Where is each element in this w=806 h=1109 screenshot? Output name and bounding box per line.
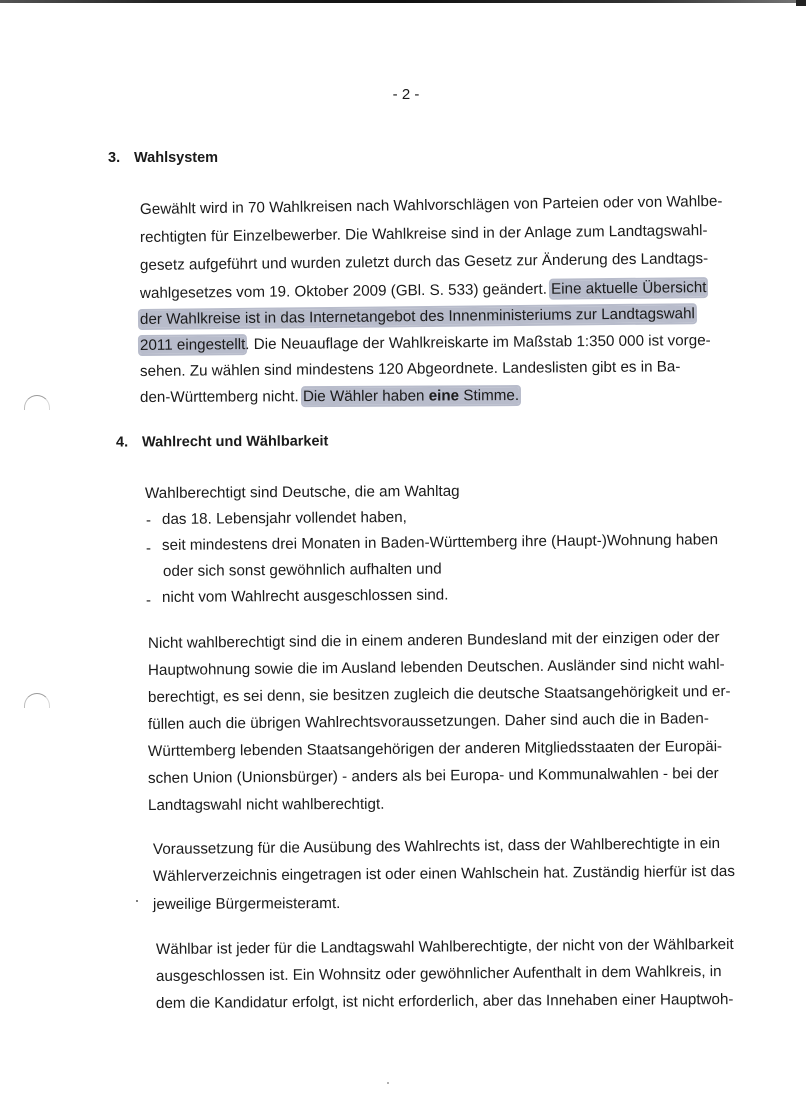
text-line: Wählbar ist jeder für die Landtagswahl W…: [156, 935, 734, 960]
section-title: Wahlsystem: [134, 150, 218, 166]
list-intro: Wahlberechtigt sind Deutsche, die am Wah…: [145, 482, 460, 504]
highlight-part: Die Wähler haben: [303, 387, 429, 405]
bullet-marker: -: [146, 592, 151, 609]
text-line: sehen. Zu wählen sind mindestens 120 Abg…: [140, 357, 681, 382]
text-plain: wahlgesetzes vom 19. Oktober 2009 (GBl. …: [140, 281, 551, 302]
scan-speck: [136, 900, 138, 902]
text-line: 2011 eingestellt. Die Neuauflage der Wah…: [140, 331, 711, 356]
list-item: das 18. Lebensjahr vollendet haben,: [162, 508, 407, 530]
highlighted-text: Eine aktuelle Übersicht: [551, 279, 707, 298]
text-line: der Wahlkreise ist in das Internetangebo…: [140, 304, 695, 330]
text-line: rechtigten für Einzelbewerber. Die Wahlk…: [140, 221, 708, 248]
punch-hole-bottom: [24, 693, 50, 708]
scan-corner: [796, 0, 806, 6]
list-item: seit mindestens drei Monaten in Baden-Wü…: [162, 530, 718, 556]
text-line: schen Union (Unionsbürger) - anders als …: [148, 764, 719, 789]
section-3-heading: 3.Wahlsystem: [108, 150, 218, 166]
text-line: den-Württemberg nicht. Die Wähler haben …: [140, 386, 519, 408]
punch-hole-top: [24, 395, 50, 410]
text-line: Hauptwohnung sowie die im Ausland lebend…: [148, 655, 725, 681]
scan-speck: [387, 1082, 389, 1084]
text-line: berechtigt, es sei denn, sie besitzen zu…: [148, 682, 731, 708]
text-line: wahlgesetzes vom 19. Oktober 2009 (GBl. …: [140, 278, 707, 304]
list-item: nicht vom Wahlrecht ausgeschlossen sind.: [162, 586, 449, 608]
text-line: jeweilige Bürgermeisteramt.: [153, 894, 340, 915]
text-line: Voraussetzung für die Ausübung des Wahlr…: [153, 834, 720, 860]
highlight-part: Stimme.: [459, 387, 519, 404]
text-plain: den-Württemberg nicht.: [140, 388, 303, 406]
list-item-continuation: oder sich sonst gewöhnlich aufhalten und: [163, 560, 442, 582]
text-line: Nicht wahlberechtigt sind die in einem a…: [148, 628, 720, 654]
text-line: füllen auch die übrigen Wahlrechtsvoraus…: [148, 709, 709, 735]
text-plain: . Die Neuauflage der Wahlkreiskarte im M…: [245, 332, 711, 353]
scan-top-edge: [0, 0, 806, 3]
text-line: Landtagswahl nicht wahlberechtigt.: [148, 795, 385, 816]
text-line: dem die Kandidatur erfolgt, ist nicht er…: [156, 990, 734, 1014]
text-line: gesetz aufgeführt und wurden zuletzt dur…: [140, 249, 708, 276]
text-line: Gewählt wird in 70 Wahlkreisen nach Wahl…: [140, 192, 723, 220]
text-line: Württemberg lebenden Staatsangehörigen d…: [148, 737, 722, 762]
bullet-marker: -: [146, 540, 151, 557]
text-line: ausgeschlossen ist. Ein Wohnsitz oder ge…: [156, 962, 722, 987]
text-line: Wählerverzeichnis eingetragen ist oder e…: [153, 862, 735, 887]
highlighted-text: 2011 eingestellt: [140, 336, 245, 354]
section-title: Wahlrecht und Wählbarkeit: [142, 433, 328, 450]
emphasis-eine: eine: [429, 387, 459, 404]
section-number: 4.: [116, 434, 142, 450]
bullet-marker: -: [146, 512, 151, 529]
section-4-heading: 4.Wahlrecht und Wählbarkeit: [116, 433, 328, 450]
highlighted-text: der Wahlkreise ist in das Internetangebo…: [140, 305, 695, 328]
section-number: 3.: [108, 150, 134, 166]
page-number: - 2 -: [0, 86, 806, 103]
highlighted-text: Die Wähler haben eine Stimme.: [303, 387, 519, 405]
